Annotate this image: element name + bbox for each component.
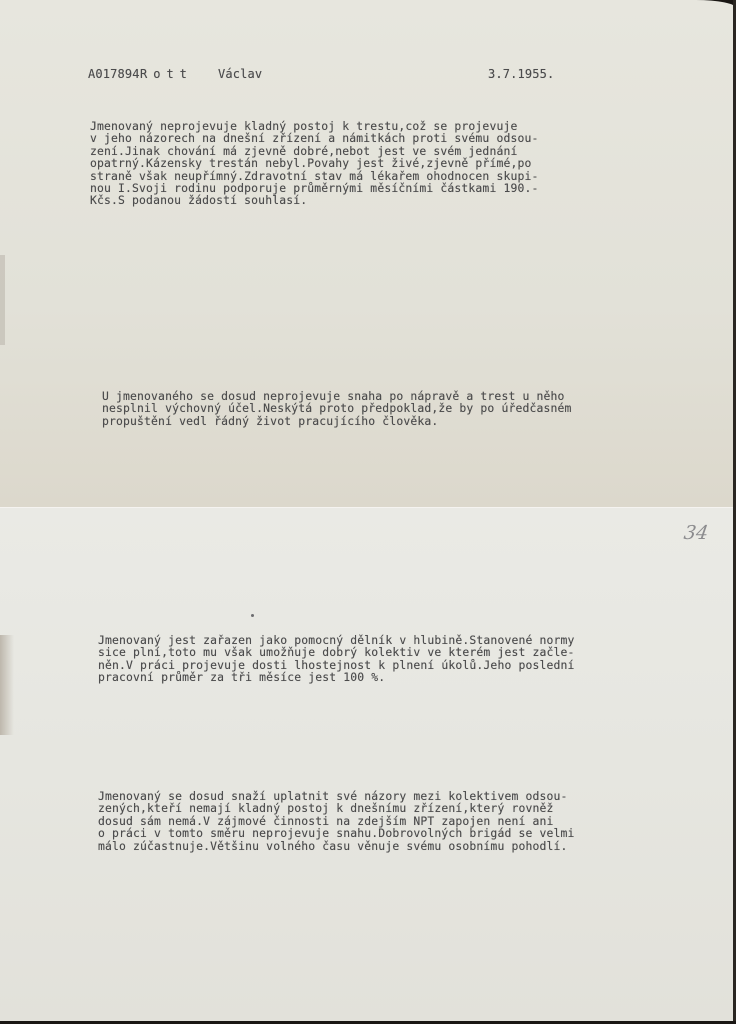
typed-line: nesplnil výchovný účel.Neskýtá proto pře… — [102, 402, 572, 414]
paragraph-collective: Jmenovaný se dosud snaží uplatnit své ná… — [98, 790, 575, 852]
typed-line: o práci v tomto směru neprojevuje snahu.… — [98, 827, 575, 839]
lower-page — [0, 508, 736, 1022]
typed-line: opatrný.Kázensky trestán nebyl.Povahy je… — [90, 157, 539, 169]
surname: Rott — [140, 68, 193, 80]
paragraph-behaviour: Jmenovaný neprojevuje kladný postoj k tr… — [90, 120, 539, 207]
document-header: A017894 Rott Václav 3.7.1955. — [88, 68, 648, 82]
typed-line: sice plní,toto mu však umožňuje dobrý ko… — [98, 646, 575, 658]
typed-line: pracovní průměr za tři měsíce jest 100 %… — [98, 671, 575, 683]
typed-line: Kčs.S podanou žádostí souhlasí. — [90, 194, 539, 206]
typed-line: v jeho názorech na dnešní zřízení a námi… — [90, 132, 539, 144]
ink-speck — [251, 614, 254, 617]
document-date: 3.7.1955. — [488, 68, 554, 80]
record-id: A017894 — [88, 68, 140, 80]
paper-stain — [0, 635, 14, 735]
first-name: Václav — [218, 68, 262, 80]
paragraph-assessment: U jmenovaného se dosud neprojevuje snaha… — [102, 390, 572, 427]
typed-line: zených,kteří nemají kladný postoj k dneš… — [98, 802, 575, 814]
typed-line: málo zúčastnuje.Většinu volného času věn… — [98, 840, 575, 852]
paper-stain — [0, 255, 5, 345]
typed-line: propuštění vedl řádný život pracujícího … — [102, 415, 572, 427]
folio-number: 34 — [682, 522, 709, 544]
paragraph-work: Jmenovaný jest zařazen jako pomocný děln… — [98, 634, 575, 684]
